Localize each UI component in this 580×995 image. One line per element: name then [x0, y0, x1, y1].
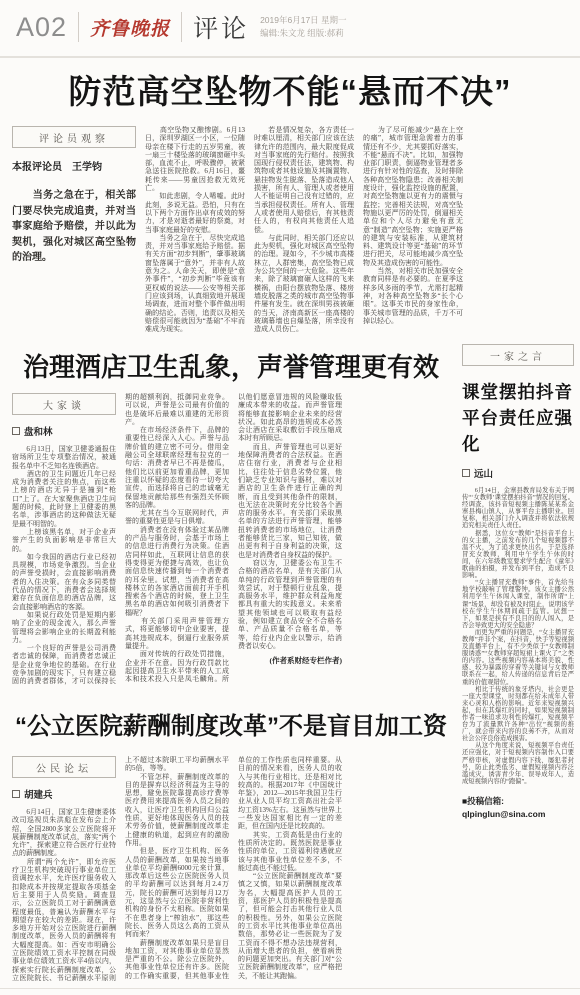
- date-line: 2019年6月17日 星期一: [260, 14, 346, 27]
- author-square-icon: [12, 790, 20, 798]
- article1-sidebar: 评论员观察 本报评论员 王学钧 当务之急在于，相关部门要尽快完成追责，并对当事家…: [12, 126, 136, 334]
- article3-author-line: 胡建兵: [12, 787, 116, 801]
- column-label-box: 评论员观察: [12, 126, 136, 148]
- page-number: A02: [16, 12, 67, 43]
- mailbox: ■投稿信箱: qlpinglun@sina.com: [462, 795, 574, 819]
- header-meta: 2019年6月17日 星期一 编辑:朱文龙 组版:郝莉: [260, 14, 346, 40]
- footer-rule: [0, 988, 580, 989]
- column-label-box: 公民论坛: [12, 756, 116, 778]
- mailbox-email: qlpinglun@sina.com: [462, 809, 574, 819]
- article3-author: 胡建兵: [24, 787, 53, 801]
- rail-author-line: 远山: [462, 466, 574, 480]
- article2-columns: 大家谈 盘和林 6月13日，国家卫健委通报住宿场所卫生专项整治情况，被通报名单中…: [12, 393, 455, 688]
- article1: 评论员观察 本报评论员 王学钧 当务之急在于，相关部门要尽快完成追责，并对当事家…: [12, 126, 572, 334]
- section-title: 评论: [193, 9, 249, 45]
- article3-headline: “公立医院薪酬制度改革”不是盲目加工资: [0, 706, 462, 741]
- rail-body: 6月14日，金寨县教育局发布关于网传“‘女教师’课堂摆拍抖音”情况的回复。经调查…: [462, 487, 574, 785]
- opinion-rail: 一家之言 课堂摆拍抖音 平台责任应强化 远山 6月14日，金寨县教育局发布关于网…: [462, 344, 574, 819]
- rail-author: 远山: [474, 466, 493, 480]
- header-rule: [0, 56, 580, 58]
- staff-line: 编辑:朱文龙 组版:郝莉: [260, 27, 346, 40]
- article1-columns: 高空坠物又酿惨剧。6月13日，深圳罗湖区一小区，一位随母亲在楼下行走的五岁男童，…: [145, 126, 572, 334]
- column-label-box: 一家之言: [462, 344, 574, 366]
- article2-author-line: 盘和林: [12, 424, 116, 438]
- page-header: A02 齐鲁晚报 评论 2019年6月17日 星期一 编辑:朱文龙 组版:郝莉: [16, 9, 347, 45]
- article2-credit: (作者系财经专栏作者): [238, 655, 342, 666]
- header-divider: [181, 12, 182, 42]
- rail-headline: 课堂摆拍抖音 平台责任应强化: [462, 379, 574, 457]
- masthead-logo: 齐鲁晚报: [90, 14, 170, 41]
- article1-byline: 本报评论员 王学钧: [12, 158, 136, 173]
- article2-author: 盘和林: [24, 424, 53, 438]
- article3-columns: 公民论坛 胡建兵 6月14日，国家卫生健康委体改司巡视员朱洪彪在发布会上介绍，全…: [12, 756, 455, 988]
- mailbox-label: ■投稿信箱:: [462, 795, 574, 807]
- article1-summary: 当务之急在于，相关部门要尽快完成追责，并对当事家庭给予赔偿，并以此为契机，强化对…: [12, 188, 136, 266]
- author-square-icon: [462, 469, 470, 477]
- author-square-icon: [12, 427, 20, 435]
- newspaper-page: A02 齐鲁晚报 评论 2019年6月17日 星期一 编辑:朱文龙 组版:郝莉 …: [0, 0, 580, 995]
- article2-headline: 治理酒店卫生乱象，声誉管理更有效: [0, 347, 462, 384]
- column-label-box: 大家谈: [12, 393, 116, 415]
- header-divider: [78, 12, 79, 42]
- article1-headline: 防范高空坠物不能“悬而不决”: [0, 66, 580, 113]
- article1-body: 高空坠物又酿惨剧。6月13日，深圳罗湖区一小区，一位随母亲在楼下行走的五岁男童，…: [145, 126, 463, 334]
